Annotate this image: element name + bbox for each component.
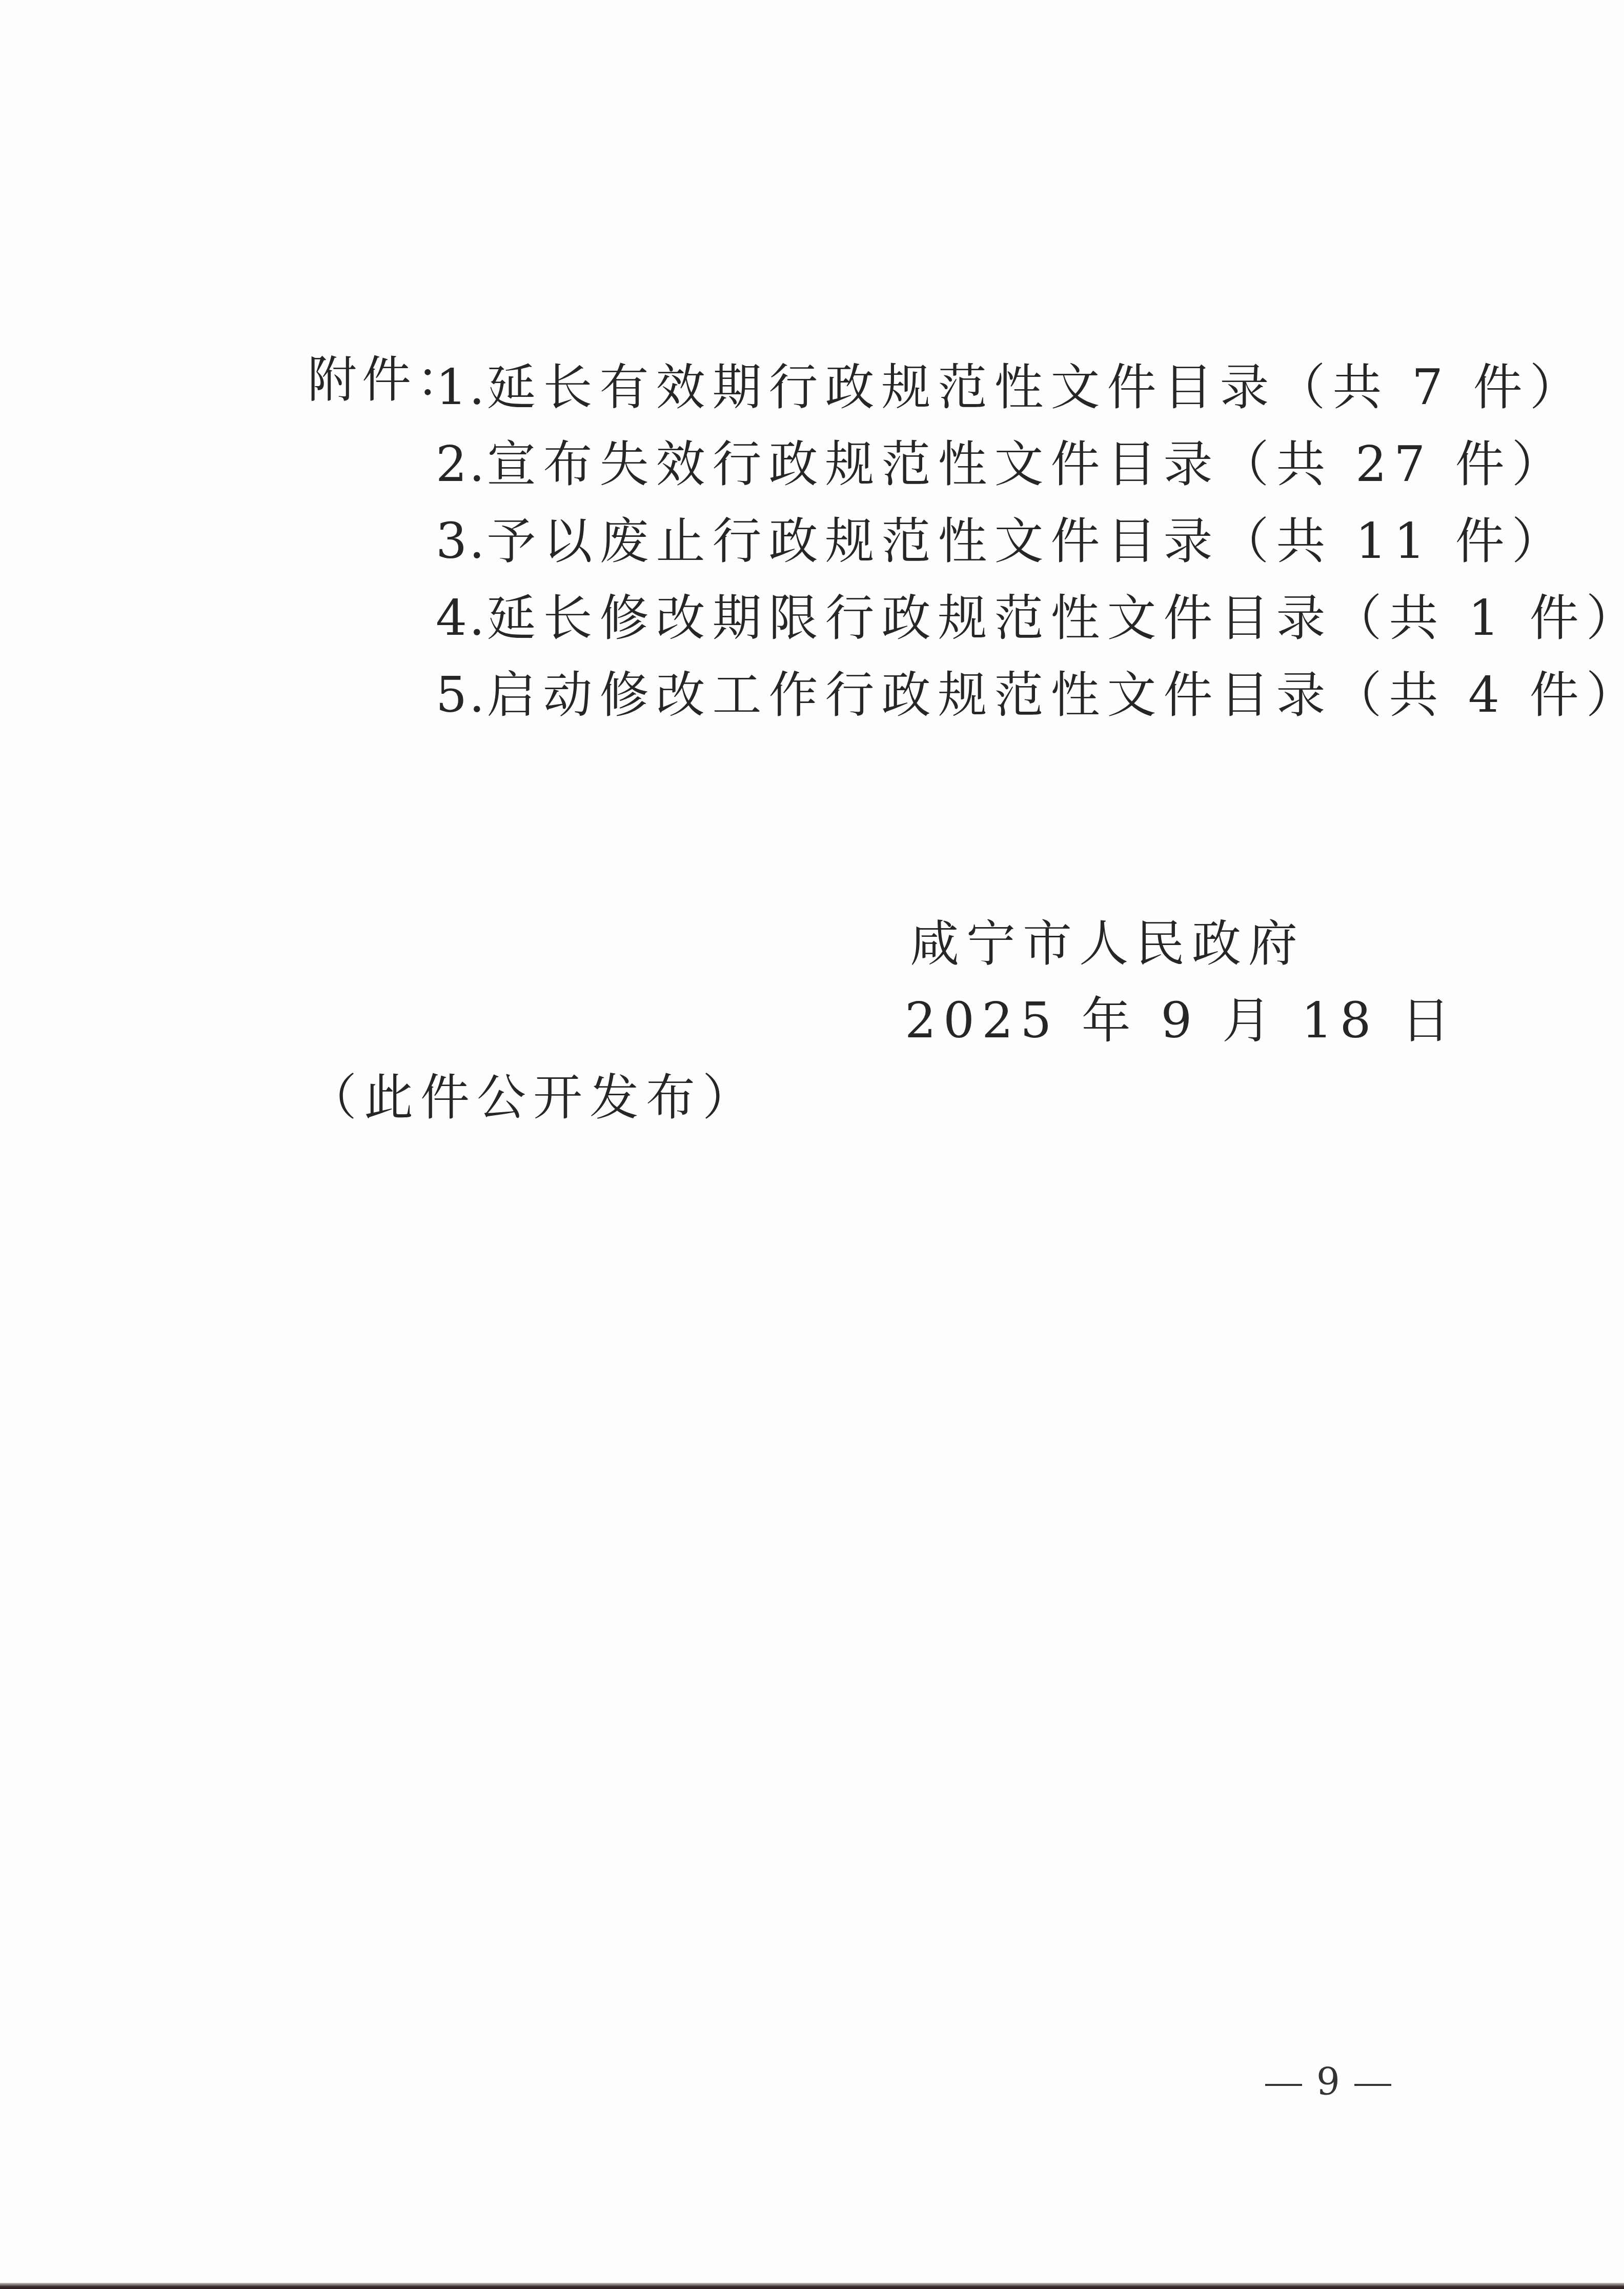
attachment-number: 4. [436, 589, 487, 647]
attachment-title: 延长有效期行政规范性文件目录 [487, 358, 1276, 416]
attachment-count: （共 27 件） [1220, 435, 1568, 493]
public-release-note: （此件公开发布） [308, 1067, 759, 1128]
attachment-title: 予以废止行政规范性文件目录 [487, 512, 1220, 570]
attachment-item: 4.延长修改期限行政规范性文件目录（共 1 件） [436, 579, 1624, 656]
attachment-number: 1. [436, 358, 487, 416]
attachment-number: 3. [436, 512, 487, 570]
page-number: 9 [1251, 2059, 1406, 2105]
issue-date: 2025 年 9 月 18 日 [905, 990, 1457, 1051]
attachment-title: 延长修改期限行政规范性文件目录 [487, 589, 1333, 647]
document-page: 附件： 1.延长有效期行政规范性文件目录（共 7 件） 2.宣布失效行政规范性文… [0, 0, 1624, 2289]
scan-edge-shadow [0, 2283, 1624, 2289]
attachment-title: 启动修改工作行政规范性文件目录 [487, 666, 1333, 724]
attachment-count: （共 7 件） [1276, 358, 1586, 416]
attachment-number: 5. [436, 666, 487, 724]
issuer-signature: 咸宁市人民政府 [910, 913, 1305, 974]
attachments-list: 1.延长有效期行政规范性文件目录（共 7 件） 2.宣布失效行政规范性文件目录（… [436, 349, 1624, 733]
page-number-value: 9 [1316, 2060, 1340, 2103]
dash-right [1354, 2084, 1391, 2086]
attachment-count: （共 11 件） [1220, 512, 1568, 570]
attachment-title: 宣布失效行政规范性文件目录 [487, 435, 1220, 493]
attachment-item: 2.宣布失效行政规范性文件目录（共 27 件） [436, 426, 1624, 503]
attachment-count: （共 4 件） [1333, 666, 1624, 724]
attachment-count: （共 1 件） [1333, 589, 1624, 647]
attachment-item: 1.延长有效期行政规范性文件目录（共 7 件） [436, 349, 1624, 426]
attachment-number: 2. [436, 435, 487, 493]
attachment-item: 5.启动修改工作行政规范性文件目录（共 4 件） [436, 656, 1624, 733]
attachment-item: 3.予以废止行政规范性文件目录（共 11 件） [436, 503, 1624, 579]
dash-left [1265, 2084, 1302, 2086]
